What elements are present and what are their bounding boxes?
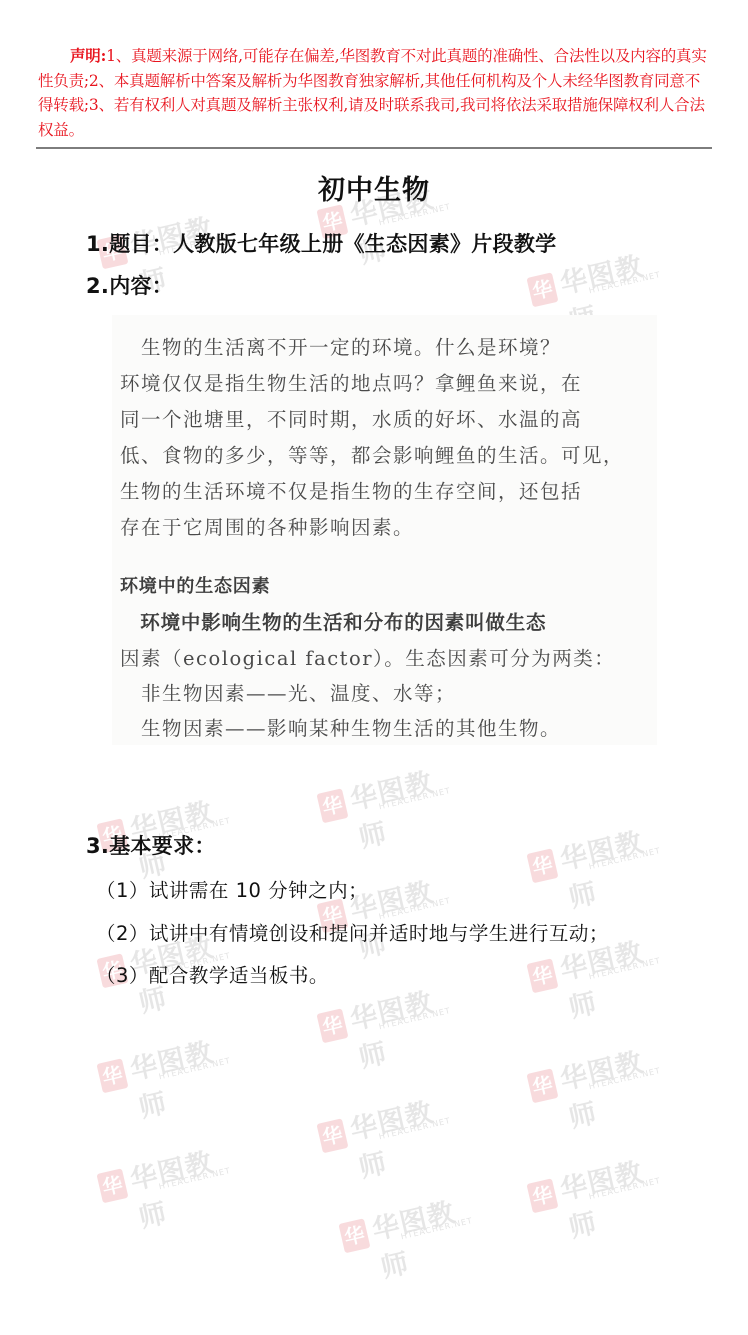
watermark-logo: 华华图教师HTEACHER.NET [525, 815, 672, 891]
watermark-logo: 华华图教师HTEACHER.NET [337, 1185, 484, 1261]
watermark-logo: 华华图教师HTEACHER.NET [315, 1085, 462, 1161]
watermark-logo-icon: 华 [338, 1218, 370, 1253]
excerpt-line: 同一个池塘里，不同时期，水质的好坏、水温的高 [120, 404, 582, 432]
watermark-logo-icon: 华 [526, 1178, 558, 1213]
excerpt-line: 低、食物的多少，等等，都会影响鲤鱼的生活。可见， [120, 440, 624, 468]
requirement-item: （3）配合教学适当板书。 [96, 960, 329, 988]
content-heading: 2.内容： [86, 270, 173, 300]
textbook-excerpt-image: 生物的生活离不开一定的环境。什么是环境？ 环境仅仅是指生物生活的地点吗？拿鲤鱼来… [112, 315, 657, 745]
requirements-heading: 3.基本要求： [86, 830, 216, 860]
excerpt-line: 存在于它周围的各种影响因素。 [120, 512, 414, 540]
watermark-logo: 华华图教师HTEACHER.NET [95, 1135, 242, 1211]
watermark-logo-icon: 华 [316, 1118, 348, 1153]
requirement-item: （1）试讲需在 10 分钟之内； [96, 875, 368, 903]
watermark-logo-icon: 华 [526, 958, 558, 993]
divider-rule [36, 147, 712, 149]
watermark-logo-icon: 华 [526, 848, 558, 883]
watermark-logo-icon: 华 [96, 1168, 128, 1203]
watermark-logo-icon: 华 [526, 1068, 558, 1103]
watermark-logo: 华华图教师HTEACHER.NET [525, 1145, 672, 1221]
excerpt-definition-cont: 因素（ecological factor）。生态因素可分为两类： [120, 643, 615, 671]
watermark-logo-icon: 华 [526, 272, 558, 307]
watermark-logo: 华华图教师HTEACHER.NET [525, 1035, 672, 1111]
page-title: 初中生物 [0, 168, 748, 207]
disclaimer-text: 1、真题来源于网络,可能存在偏差,华图教育不对此真题的准确性、合法性以及内容的真… [38, 47, 707, 139]
watermark-logo-icon: 华 [316, 1008, 348, 1043]
disclaimer-notice: 声明:1、真题来源于网络,可能存在偏差,华图教育不对此真题的准确性、合法性以及内… [38, 44, 714, 142]
excerpt-biotic-factors: 生物因素——影响某种生物生活的其他生物。 [120, 713, 561, 741]
topic-heading: 1.题目：人教版七年级上册《生态因素》片段教学 [86, 228, 557, 258]
excerpt-definition: 环境中影响生物的生活和分布的因素叫做生态 [120, 607, 546, 635]
disclaimer-lead: 声明: [70, 46, 106, 65]
excerpt-line: 生物的生活离不开一定的环境。什么是环境？ [120, 332, 561, 360]
watermark-logo: 华华图教师HTEACHER.NET [315, 975, 462, 1051]
watermark-logo: 华华图教师HTEACHER.NET [315, 755, 462, 831]
excerpt-line: 生物的生活环境不仅是指生物的生存空间，还包括 [120, 476, 582, 504]
excerpt-abiotic-factors: 非生物因素——光、温度、水等； [120, 678, 456, 706]
excerpt-section-heading: 环境中的生态因素 [120, 572, 270, 598]
requirement-item: （2）试讲中有情境创设和提问并适时地与学生进行互动； [96, 918, 609, 946]
excerpt-line: 环境仅仅是指生物生活的地点吗？拿鲤鱼来说，在 [120, 368, 582, 396]
watermark-logo: 华华图教师HTEACHER.NET [95, 1025, 242, 1101]
watermark-logo-icon: 华 [316, 788, 348, 823]
watermark-logo-icon: 华 [96, 1058, 128, 1093]
